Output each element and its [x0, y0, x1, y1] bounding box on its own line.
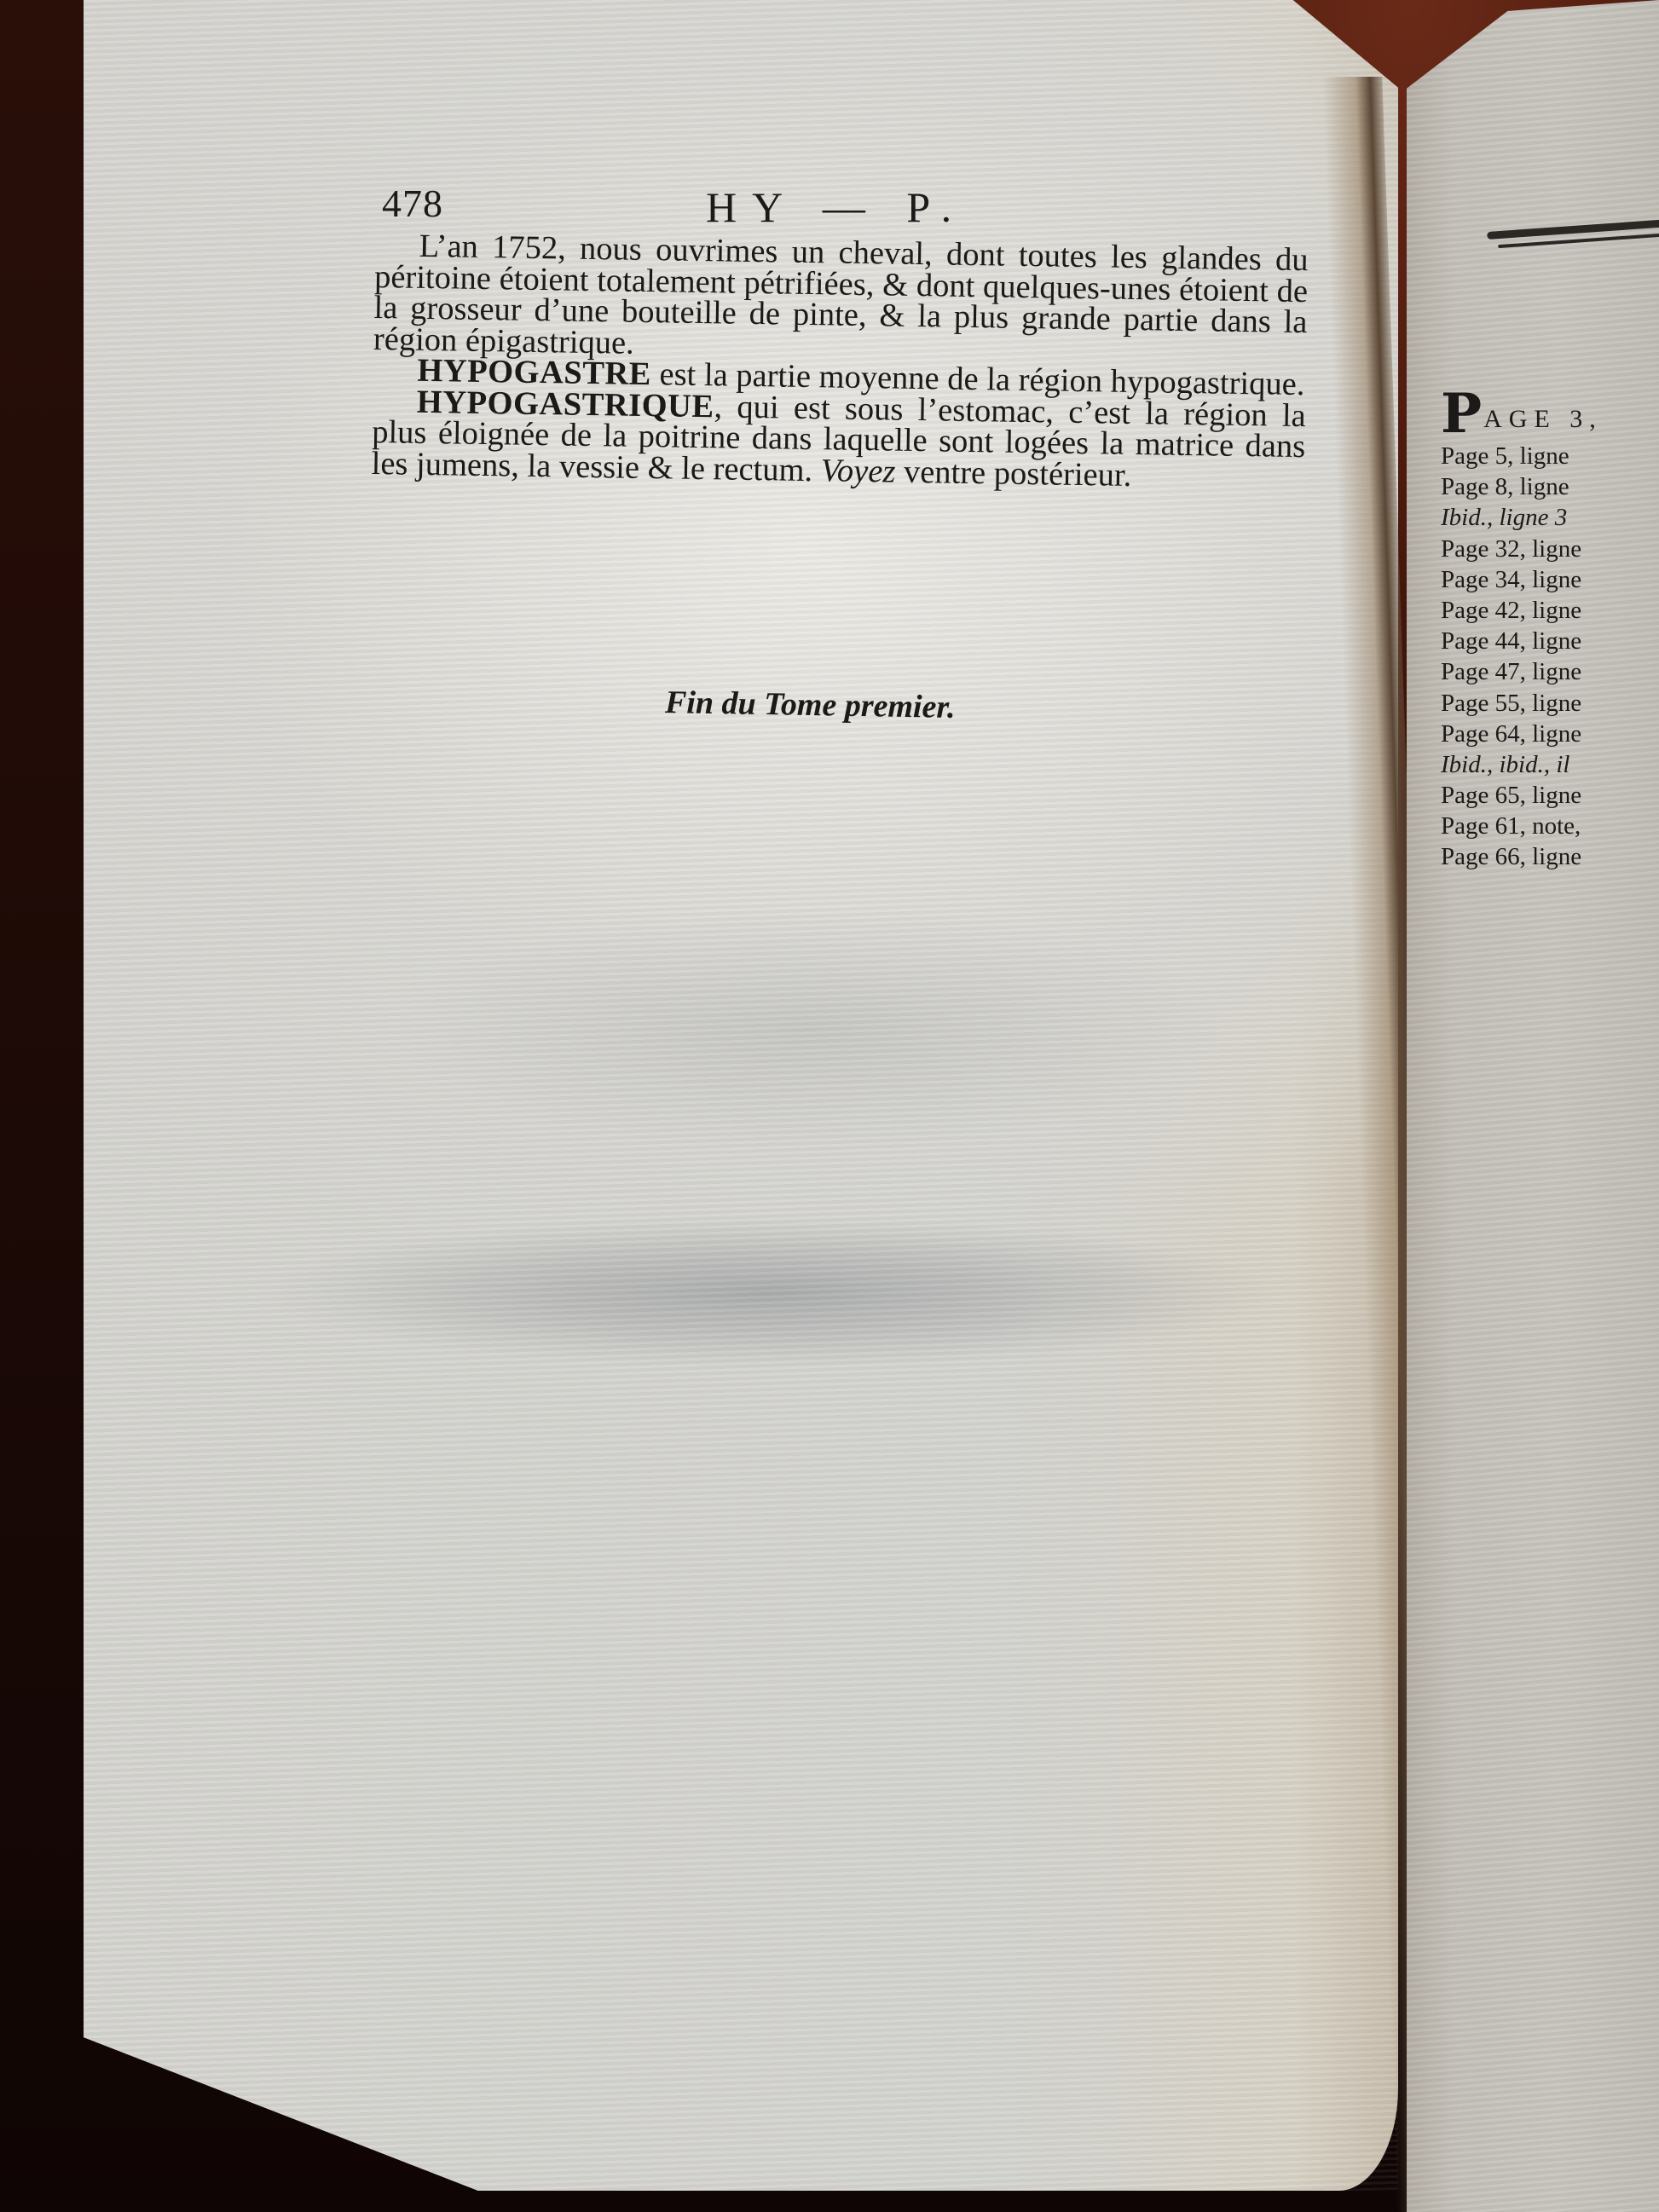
- errata-line: Page 61, note,: [1441, 811, 1659, 841]
- errata-line: Page 64, ligne: [1441, 719, 1659, 749]
- right-page: [1407, 0, 1659, 2212]
- paragraph-1-text: L’an 1752, nous ouvrimes un cheval, dont…: [373, 228, 1309, 361]
- paragraph-hypogastrique: HYPOGASTRIQUE, qui est sous l’estomac, c…: [371, 385, 1306, 494]
- page-number: 478: [382, 181, 443, 226]
- running-head: 478 HY — P.: [382, 181, 1320, 232]
- errata-line: Page 55, ligne: [1441, 688, 1659, 719]
- errata-line: Page 66, ligne: [1441, 841, 1659, 872]
- drop-cap: P: [1441, 388, 1482, 446]
- errata-list: PAGE 3, Page 5, ligne Page 8, ligne Ibid…: [1441, 388, 1659, 873]
- errata-line: Ibid., ligne 3: [1441, 502, 1659, 533]
- errata-line: Page 34, ligne: [1441, 564, 1659, 595]
- errata-line: Page 44, ligne: [1441, 626, 1659, 656]
- running-head-title: HY — P.: [706, 182, 967, 232]
- see-also-label: Voyez: [820, 453, 895, 489]
- errata-heading-text: AGE 3,: [1483, 405, 1603, 433]
- body-text: L’an 1752, nous ouvrimes un cheval, dont…: [371, 230, 1308, 494]
- errata-line: Page 65, ligne: [1441, 780, 1659, 811]
- errata-line: Page 8, ligne: [1441, 471, 1659, 502]
- paragraph-1: L’an 1752, nous ouvrimes un cheval, dont…: [373, 230, 1309, 369]
- end-of-volume-note: Fin du Tome premier.: [665, 684, 956, 726]
- errata-line: Page 42, ligne: [1441, 595, 1659, 626]
- errata-line: Ibid., ibid., il: [1441, 749, 1659, 780]
- errata-line: Page 5, ligne: [1441, 441, 1659, 471]
- errata-line: Page 47, ligne: [1441, 656, 1659, 687]
- see-also-target: ventre postérieur.: [904, 453, 1132, 493]
- errata-line: Page 32, ligne: [1441, 534, 1659, 564]
- errata-heading: PAGE 3,: [1441, 388, 1659, 441]
